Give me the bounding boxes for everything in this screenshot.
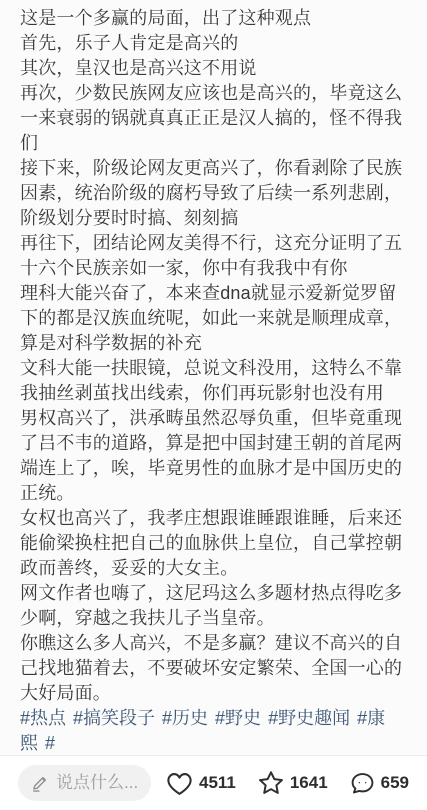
post-paragraph: 女权也高兴了，我孝庄想跟谁睡跟谁睡，后来还能偷梁换柱把自己的血脉供上皇位，自己掌… — [20, 506, 407, 581]
hashtag[interactable]: #历史 — [162, 708, 208, 728]
post-paragraph: 首先，乐子人肯定是高兴的 — [20, 31, 407, 56]
post-paragraph: 接下来，阶级论网友更高兴了，你看剥除了民族因素，统治阶级的腐朽导致了后续一系列悲… — [20, 156, 407, 231]
hashtag[interactable]: #野史 — [215, 708, 261, 728]
comment-input[interactable] — [56, 773, 139, 793]
post-paragraph: 网文作者也嗨了，这尼玛这么多题材热点得吃多少啊，穿越之我扶儿子当皇帝。 — [20, 581, 407, 631]
post-paragraph: 理科大能兴奋了，本来查dna就显示爱新觉罗留下的都是汉族血统呢，如此一来就是顺理… — [20, 281, 407, 356]
hashtag[interactable]: #搞笑段子 — [73, 708, 155, 728]
hashtag[interactable]: #热点 — [20, 708, 66, 728]
post-paragraph: 这是一个多赢的局面，出了这种观点 — [20, 6, 407, 31]
hashtag[interactable]: # — [45, 733, 55, 753]
post-paragraph: 文科大能一扶眼镜，总说文科没用，这特么不靠我抽丝剥茧找出线索，你们再玩影射也没有… — [20, 356, 407, 406]
comment-bubble-icon — [349, 770, 376, 797]
favorite-count: 1641 — [290, 773, 328, 793]
favorite-button[interactable]: 1641 — [257, 769, 328, 797]
post-paragraph: 其次，皇汉也是高兴这不用说 — [20, 56, 407, 81]
like-count: 4511 — [199, 773, 236, 793]
comments-count: 659 — [381, 773, 409, 793]
post-paragraph: 你瞧这么多人高兴，不是多赢？建议不高兴的自己找地猫着去，不要破坏安定繁荣、全国一… — [20, 631, 407, 706]
hashtag[interactable]: #野史趣闻 — [268, 708, 350, 728]
post-content: 这是一个多赢的局面，出了这种观点首先，乐子人肯定是高兴的其次，皇汉也是高兴这不用… — [0, 0, 427, 755]
engagement-bar: 4511 1641 659 — [0, 755, 427, 810]
post-paragraph: 再次，少数民族网友应该也是高兴的，毕竟这么一来衰弱的锅就真真正正是汉人搞的，怪不… — [20, 81, 407, 156]
post-paragraph: 再往下，团结论网友美得不行，这充分证明了五十六个民族亲如一家，你中有我我中有你 — [20, 231, 407, 281]
pencil-icon — [30, 774, 49, 793]
post-paragraph: 男权高兴了，洪承畴虽然忍辱负重，但毕竟重现了吕不韦的道路，算是把中国封建王朝的首… — [20, 406, 407, 506]
action-buttons: 4511 1641 659 — [165, 769, 409, 798]
star-icon — [257, 769, 285, 797]
heart-icon — [165, 769, 194, 798]
like-button[interactable]: 4511 — [165, 769, 236, 798]
comments-button[interactable]: 659 — [349, 770, 409, 797]
hashtag-row: #热点#搞笑段子#历史#野史#野史趣闻#康熙# — [20, 706, 407, 755]
post-paragraphs: 这是一个多赢的局面，出了这种观点首先，乐子人肯定是高兴的其次，皇汉也是高兴这不用… — [20, 6, 407, 706]
comment-input-pill[interactable] — [18, 765, 151, 801]
